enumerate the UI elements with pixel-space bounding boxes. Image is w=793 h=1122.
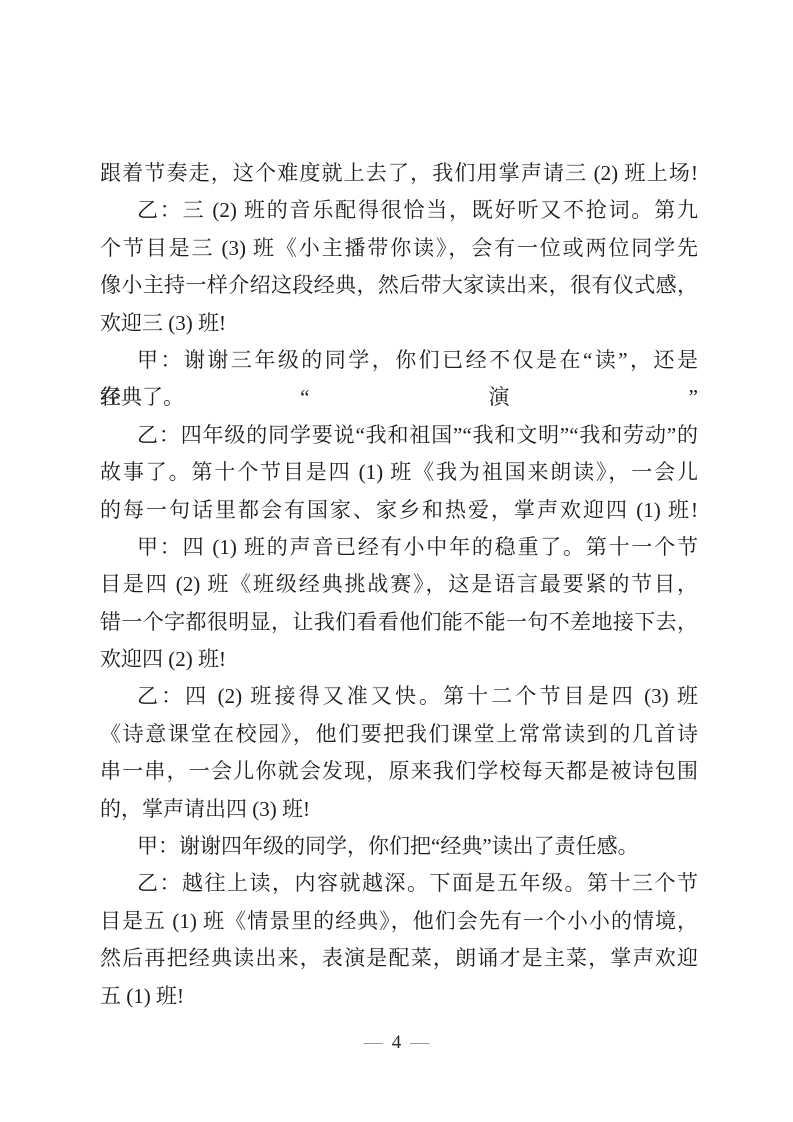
text-line: 甲：四 (1) 班的声音已经有小中年的稳重了。第十一个节 — [100, 529, 698, 566]
text-line: 目是四 (2) 班《班级经典挑战赛》，这是语言最要紧的节目， — [100, 566, 698, 603]
footer-dash-left: — — [364, 1032, 383, 1053]
text-line: 个节目是三 (3) 班《小主播带你读》，会有一位或两位同学先 — [100, 230, 698, 267]
text-line: 《诗意课堂在校园》，他们要把我们课堂上常常读到的几首诗 — [100, 716, 698, 753]
document-body: 跟着节奏走，这个难度就上去了，我们用掌声请三 (2) 班上场!乙：三 (2) 班… — [100, 155, 698, 1015]
text-line: 跟着节奏走，这个难度就上去了，我们用掌声请三 (2) 班上场! — [100, 155, 698, 192]
text-line: 乙：越往上读，内容就越深。下面是五年级。第十三个节 — [100, 865, 698, 902]
text-line: 故事了。第十个节目是四 (1) 班《我为祖国来朗读》，一会儿 — [100, 454, 698, 491]
text-line: 的，掌声请出四 (3) 班! — [100, 791, 698, 828]
text-line: 甲：谢谢三年级的同学，你们已经不仅是在“读”，还是在“演” — [100, 342, 698, 379]
document-page: 跟着节奏走，这个难度就上去了，我们用掌声请三 (2) 班上场!乙：三 (2) 班… — [0, 0, 793, 1122]
text-line: 欢迎三 (3) 班! — [100, 305, 698, 342]
page-footer: —4— — [0, 1032, 793, 1054]
footer-dash-right: — — [410, 1032, 429, 1053]
text-line: 然后再把经典读出来，表演是配菜，朗诵才是主菜，掌声欢迎 — [100, 940, 698, 977]
text-line: 乙：四 (2) 班接得又准又快。第十二个节目是四 (3) 班 — [100, 678, 698, 715]
page-number: 4 — [392, 1032, 402, 1053]
text-line: 五 (1) 班! — [100, 978, 698, 1015]
text-line: 乙：三 (2) 班的音乐配得很恰当，既好听又不抢词。第九 — [100, 192, 698, 229]
text-line: 的每一句话里都会有国家、家乡和热爱，掌声欢迎四 (1) 班! — [100, 492, 698, 529]
text-line: 欢迎四 (2) 班! — [100, 641, 698, 678]
text-line: 目是五 (1) 班《情景里的经典》，他们会先有一个小小的情境， — [100, 903, 698, 940]
text-line: 甲：谢谢四年级的同学，你们把“经典”读出了责任感。 — [100, 828, 698, 865]
text-line: 乙：四年级的同学要说“我和祖国”“我和文明”“我和劳动”的 — [100, 417, 698, 454]
text-line: 像小主持一样介绍这段经典，然后带大家读出来，很有仪式感， — [100, 267, 698, 304]
text-line: 串一串，一会儿你就会发现，原来我们学校每天都是被诗包围 — [100, 753, 698, 790]
text-line: 错一个字都很明显，让我们看看他们能不能一句不差地接下去， — [100, 604, 698, 641]
